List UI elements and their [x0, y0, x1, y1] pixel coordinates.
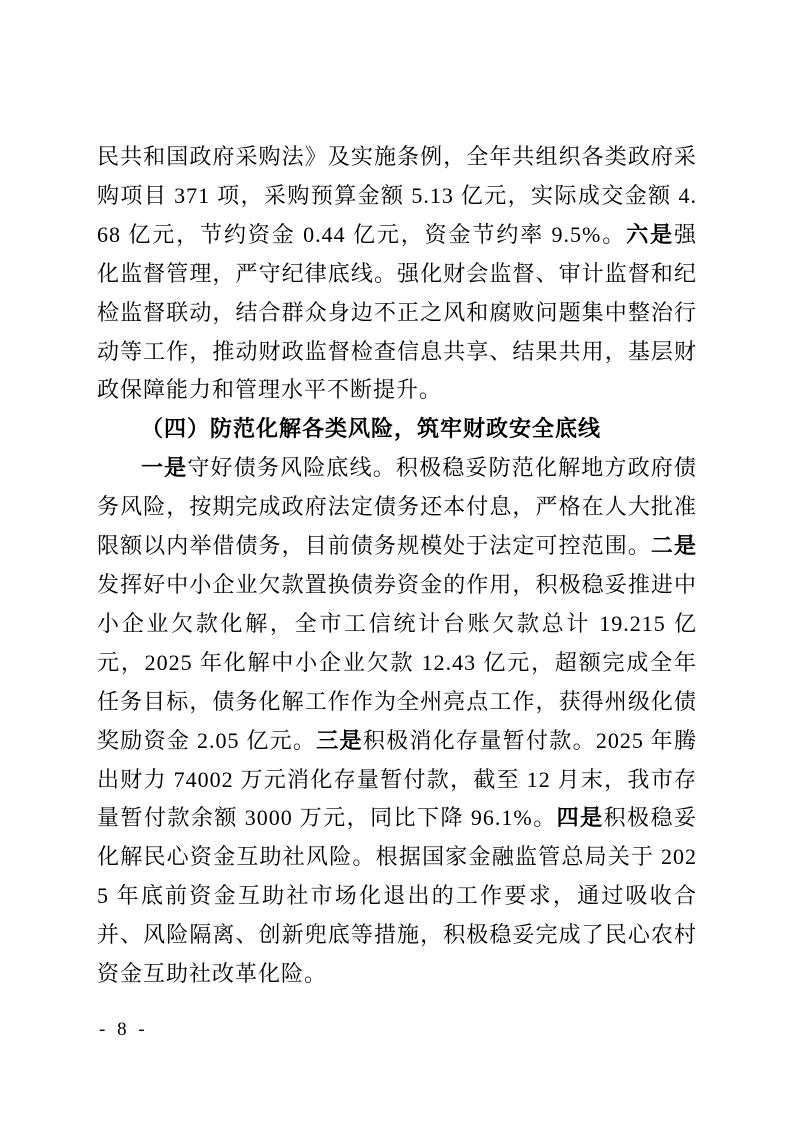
emphasis-marker-one: 一是: [141, 455, 187, 480]
heading-text: （四）防范化解各类风险，筑牢财政安全底线: [141, 416, 601, 441]
body-text: 强化监督管理，严守纪律底线。强化财会监督、审计监督和纪检监督联动，结合群众身边不…: [97, 222, 697, 403]
emphasis-marker-three: 三是: [316, 728, 363, 753]
body-text: 发挥好中小企业欠款置换债券资金的作用，积极稳妥推进中小企业欠款化解，全市工信统计…: [97, 572, 697, 753]
emphasis-marker-six: 六是: [626, 222, 674, 247]
paragraph-procurement-supervision: 民共和国政府采购法》及实施条例，全年共组织各类政府采购项目 371 项，采购预算…: [97, 138, 697, 410]
paragraph-risk-prevention: 一是守好债务风险底线。积极稳妥防范化解地方政府债务风险，按期完成政府法定债务还本…: [97, 449, 697, 994]
body-text: 积极稳妥化解民心资金互助社风险。根据国家金融监管总局关于 2025 年底前资金互…: [97, 805, 697, 986]
document-page: 民共和国政府采购法》及实施条例，全年共组织各类政府采购项目 371 项，采购预算…: [0, 0, 794, 1122]
emphasis-marker-two: 二是: [651, 533, 697, 558]
section-heading-four: （四）防范化解各类风险，筑牢财政安全底线: [97, 410, 697, 449]
body-text: 民共和国政府采购法》及实施条例，全年共组织各类政府采购项目 371 项，采购预算…: [97, 144, 697, 247]
emphasis-marker-four: 四是: [557, 805, 604, 830]
page-number: - 8 -: [99, 1016, 145, 1044]
page-content: 民共和国政府采购法》及实施条例，全年共组织各类政府采购项目 371 项，采购预算…: [97, 138, 697, 994]
body-text: 守好债务风险底线。积极稳妥防范化解地方政府债务风险，按期完成政府法定债务还本付息…: [97, 455, 697, 558]
